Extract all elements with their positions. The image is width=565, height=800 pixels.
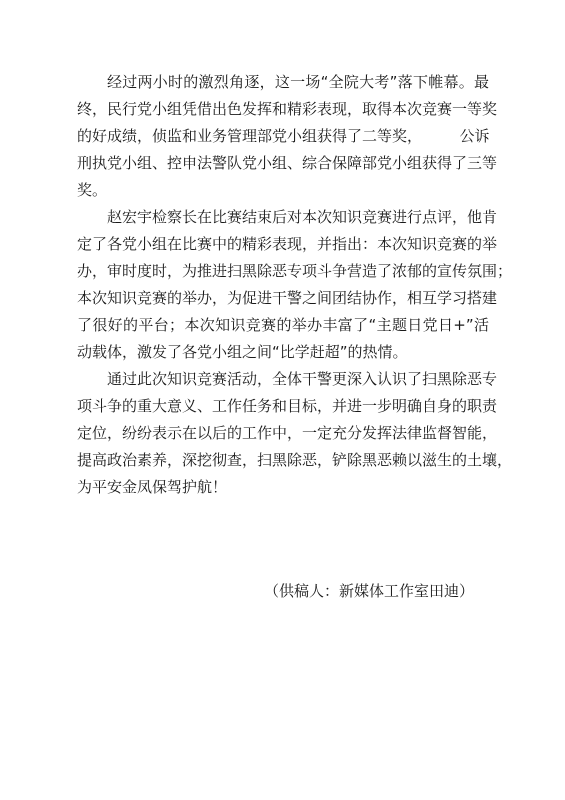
text-line: 办，审时度时，为推进扫黑除恶专项斗争营造了浓郁的宣传氛围； bbox=[77, 258, 489, 285]
text-line: 本次知识竞赛的举办，为促进干警之间团结协作，相互学习搭建 bbox=[77, 285, 489, 312]
document-page: 经过两小时的激烈角逐，这一场“全院大考”落下帷幕。最 终，民行党小组凭借出色发挥… bbox=[0, 0, 565, 800]
text-line: 提高政治素养，深挖彻查，扫黑除恶，铲除黑恶赖以滋生的土壤， bbox=[77, 447, 489, 474]
article-body: 经过两小时的激烈角逐，这一场“全院大考”落下帷幕。最 终，民行党小组凭借出色发挥… bbox=[77, 69, 489, 501]
text-line: 定了各党小组在比赛中的精彩表现，并指出：本次知识竞赛的举 bbox=[77, 231, 489, 258]
paragraph-review: 赵宏宇检察长在比赛结束后对本次知识竞赛进行点评，他肯 定了各党小组在比赛中的精彩… bbox=[77, 204, 489, 366]
text-line: 的好成绩，侦监和业务管理部党小组获得了二等奖， 公诉 bbox=[77, 123, 489, 150]
paragraph-results: 经过两小时的激烈角逐，这一场“全院大考”落下帷幕。最 终，民行党小组凭借出色发挥… bbox=[77, 69, 489, 204]
text-line: 经过两小时的激烈角逐，这一场“全院大考”落下帷幕。最 bbox=[77, 69, 489, 96]
text-line: 项斗争的重大意义、工作任务和目标，并进一步明确自身的职责 bbox=[77, 393, 489, 420]
text-line: 了很好的平台；本次知识竞赛的举办丰富了“主题日党日+”活 bbox=[77, 312, 489, 339]
text-line: 定位，纷纷表示在以后的工作中，一定充分发挥法律监督智能， bbox=[77, 420, 489, 447]
text-line: 通过此次知识竞赛活动，全体干警更深入认识了扫黑除恶专 bbox=[77, 366, 489, 393]
text-line: 奖。 bbox=[77, 177, 489, 204]
text-line: 终，民行党小组凭借出色发挥和精彩表现，取得本次竞赛一等奖 bbox=[77, 96, 489, 123]
author-credit: （供稿人：新媒体工作室田迪） bbox=[264, 578, 474, 605]
text-line: 赵宏宇检察长在比赛结束后对本次知识竞赛进行点评，他肯 bbox=[77, 204, 489, 231]
text-line: 刑执党小组、控申法警队党小组、综合保障部党小组获得了三等 bbox=[77, 150, 489, 177]
text-line: 为平安金凤保驾护航！ bbox=[77, 474, 489, 501]
text-line: 动载体，激发了各党小组之间“比学赶超”的热情。 bbox=[77, 339, 489, 366]
paragraph-conclusion: 通过此次知识竞赛活动，全体干警更深入认识了扫黑除恶专 项斗争的重大意义、工作任务… bbox=[77, 366, 489, 501]
